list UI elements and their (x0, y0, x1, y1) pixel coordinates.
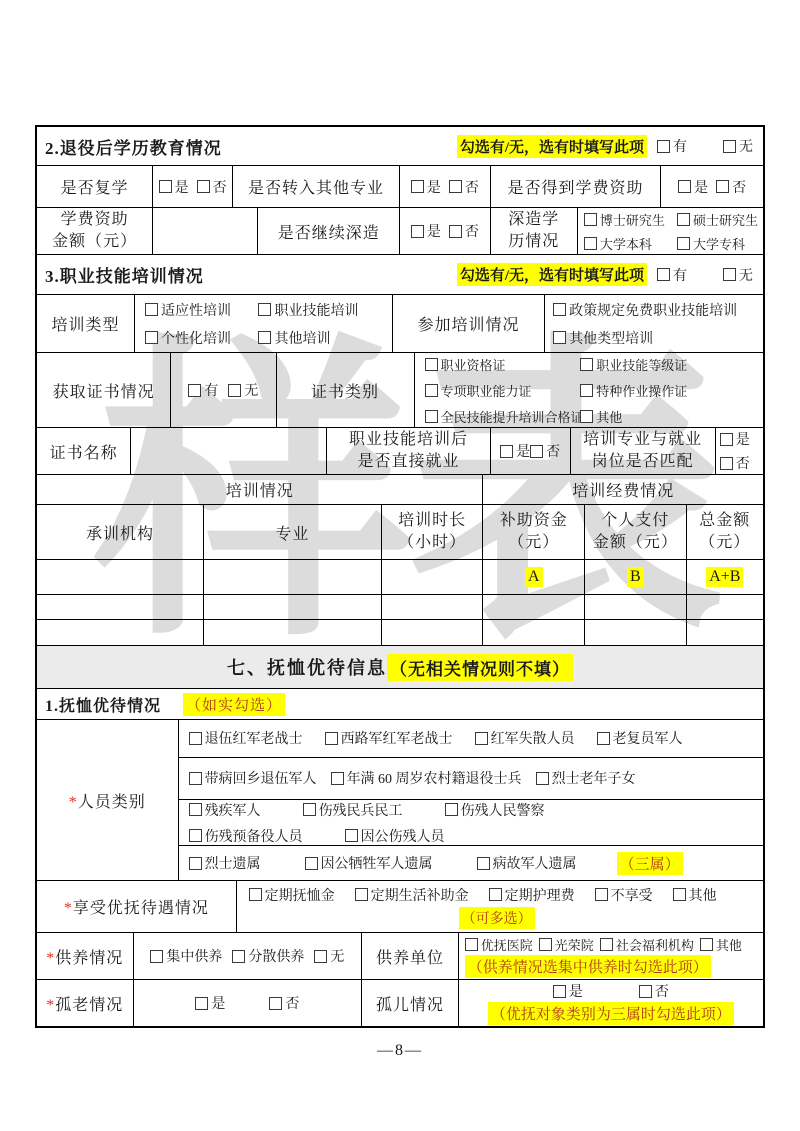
edu-none-option[interactable]: 无 (723, 136, 753, 156)
checkbox-label: 职业资格证 (441, 355, 506, 374)
training-info-header-cell: 培训情况 (37, 475, 483, 504)
checkbox-label: 病故军人遗属 (493, 853, 577, 873)
checkbox-label: 烈士遗属 (205, 853, 261, 873)
further-edu-label-cell: 深造学 历情况 (491, 208, 578, 254)
checkbox-option[interactable]: 烈士遗属 (189, 853, 261, 873)
checkbox-icon[interactable] (720, 433, 733, 446)
checkbox-icon[interactable] (258, 303, 271, 316)
subsidy-input-cell[interactable] (483, 595, 585, 619)
checkbox-label: 伤残预备役人员 (205, 826, 303, 846)
checkbox-icon[interactable] (150, 950, 163, 963)
aid-amount-label-cell: 学费资助 金额（元） (37, 208, 153, 254)
checkbox-option[interactable]: 不享受 (595, 885, 653, 905)
col-duration-cell: 培训时长 （小时） (382, 505, 484, 559)
checkbox-icon[interactable] (539, 938, 552, 951)
resume-school-label: 是否复学 (61, 175, 129, 198)
checkbox-label: 是 (175, 177, 189, 197)
person-category-options-cell: 退伍红军老战士西路军红军老战士红军失散人员老复员军人 带病回乡退伍军人年满 60… (179, 720, 763, 880)
checkbox-icon[interactable] (449, 225, 462, 238)
training-data-row-3 (37, 619, 763, 645)
form-page: 样表 2.退役后学历教育情况 勾选有/无，选有时填写此项 有 无 是否复学 是否… (0, 0, 800, 1131)
checkbox-icon[interactable] (678, 180, 691, 193)
checkbox-label: 博士研究生 (600, 210, 665, 229)
person-group-4-options: 烈士遗属因公牺牲军人遗属病故军人遗属 (189, 853, 577, 873)
checkbox-option[interactable]: 带病回乡退伍军人 (189, 768, 317, 788)
org-input-cell[interactable] (37, 620, 204, 645)
checkbox-icon[interactable] (195, 997, 208, 1010)
checkbox-icon[interactable] (249, 888, 262, 901)
personal-input-cell[interactable] (585, 620, 687, 645)
benefit-row: *享受优抚待遇情况 定期抚恤金定期生活补助金定期护理费不享受其他 （可多选） (37, 880, 763, 932)
checkbox-option[interactable]: 博士研究生 (584, 210, 677, 229)
checkbox-label: 其他培训 (274, 328, 330, 348)
participate-options-cell: 政策规定免费职业技能培训其他类型培训 (545, 295, 763, 352)
checkbox-label: 职业技能等级证 (596, 355, 687, 374)
training-section-note: 勾选有/无，选有时填写此项 (457, 263, 647, 286)
checkbox-icon[interactable] (189, 732, 202, 745)
tuition-aid-label-cell: 是否得到学费资助 (491, 166, 662, 207)
person-group-3a-options: 残疾军人伤残民兵民工伤残人民警察 (189, 800, 763, 820)
checkbox-icon[interactable] (716, 180, 729, 193)
checkbox-option[interactable]: 病故军人遗属 (477, 853, 577, 873)
total-mark-cell[interactable]: A+B (687, 560, 763, 594)
checkbox-option[interactable]: 残疾军人 (189, 800, 261, 820)
checkbox-icon[interactable] (489, 888, 502, 901)
participate-label-cell: 参加培训情况 (393, 295, 545, 352)
checkbox-option[interactable]: 大学本科 (584, 234, 677, 253)
direct-employ-label-line2: 是否直接就业 (358, 451, 460, 473)
col-duration-line1: 培训时长 (398, 510, 466, 532)
personal-input-cell[interactable] (585, 595, 687, 619)
certificate-row: 获取证书情况 有无 证书类别 职业资格证职业技能等级证专项职业能力证特种作业操作… (37, 352, 763, 427)
checkbox-icon[interactable] (677, 237, 690, 250)
checkbox-icon[interactable] (553, 985, 566, 998)
checkbox-label: 烈士老年子女 (552, 768, 636, 788)
checkbox-icon[interactable] (355, 888, 368, 901)
checkbox-label: 集中供养 (166, 946, 222, 966)
checkbox-label: 大学专科 (693, 234, 745, 253)
col-major-cell: 专业 (204, 505, 382, 559)
consolation-section-header: 七、抚恤优待信息（无相关情况则不填） (37, 645, 763, 688)
form-table: 2.退役后学历教育情况 勾选有/无，选有时填写此项 有 无 是否复学 是否 是否… (35, 125, 765, 1028)
checkbox-label: 西路军红军老战士 (341, 728, 453, 748)
cert-type-label: 证书类别 (311, 379, 379, 402)
checkbox-icon[interactable] (269, 997, 282, 1010)
major-match-options: 是否 (720, 429, 750, 473)
checkbox-option[interactable]: 是 (159, 177, 189, 197)
checkbox-icon[interactable] (530, 445, 543, 458)
direct-employ-label-cell: 职业技能培训后 是否直接就业 (327, 428, 490, 474)
edu-have-option[interactable]: 有 (657, 136, 687, 156)
checkbox-option[interactable]: 职业技能等级证 (580, 355, 763, 374)
cert-type-label-cell: 证书类别 (277, 353, 415, 427)
checkbox-option[interactable]: 否 (639, 981, 669, 1001)
edu-row-2: 学费资助 金额（元） 是否继续深造 是否 深造学 历情况 博士研究生硕士研究生大… (37, 207, 763, 254)
checkbox-icon[interactable] (303, 803, 316, 816)
checkbox-icon[interactable] (258, 331, 271, 344)
checkbox-icon[interactable] (465, 938, 478, 951)
checkbox-icon[interactable] (232, 950, 245, 963)
checkbox-option[interactable]: 定期护理费 (489, 885, 575, 905)
checkbox-icon[interactable] (425, 410, 438, 423)
checkbox-option[interactable]: 无 (314, 946, 344, 966)
checkbox-option[interactable]: 伤残预备役人员 (189, 826, 303, 846)
checkbox-label: 否 (213, 177, 227, 197)
checkbox-icon[interactable] (425, 358, 438, 371)
checkbox-icon[interactable] (584, 237, 597, 250)
checkbox-option[interactable]: 是 (500, 441, 530, 461)
participate-options: 政策规定免费职业技能培训其他类型培训 (553, 300, 737, 348)
checkbox-label: 红军失散人员 (491, 728, 575, 748)
checkbox-option[interactable]: 否 (449, 177, 479, 197)
checkbox-label: 其他 (716, 935, 742, 954)
required-asterisk: * (46, 997, 55, 1014)
checkbox-icon[interactable] (411, 180, 424, 193)
checkbox-option[interactable]: 个性化培训 (145, 328, 258, 348)
continue-study-label-cell: 是否继续深造 (258, 208, 400, 254)
checkbox-option[interactable]: 职业资格证 (425, 355, 581, 374)
checkbox-label: 无 (330, 946, 344, 966)
training-have-option[interactable]: 有 (657, 265, 687, 285)
training-data-row-1: A B A+B (37, 559, 763, 594)
training-type-row: 培训类型 适应性培训职业技能培训个性化培训其他培训 参加培训情况 政策规定免费职… (37, 294, 763, 352)
checkbox-option[interactable]: 其他类型培训 (553, 328, 653, 348)
consolation-sub-header: 1.抚恤优待情况 （如实勾选） (37, 688, 763, 719)
checkbox-option[interactable]: 集中供养 (150, 946, 222, 966)
checkbox-option[interactable]: 因公伤残人员 (345, 826, 445, 846)
checkbox-option[interactable]: 年满 60 周岁农村籍退役士兵 (331, 768, 522, 788)
checkbox-option[interactable]: 定期生活补助金 (355, 885, 469, 905)
checkbox-option[interactable]: 特种作业操作证 (580, 381, 763, 400)
person-group-3b-options: 伤残预备役人员因公伤残人员 (189, 826, 763, 846)
checkbox-label: 其他 (596, 407, 622, 426)
checkbox-label: 是 (211, 993, 225, 1013)
tuition-aid-options-cell: 是否 (661, 166, 763, 207)
checkbox-option[interactable]: 伤残民兵民工 (303, 800, 403, 820)
cert-name-label-cell: 证书名称 (37, 428, 131, 474)
cert-type-options: 职业资格证职业技能等级证专项职业能力证特种作业操作证全民技能提升培训合格证其他 (425, 355, 763, 426)
checkbox-icon[interactable] (331, 772, 344, 785)
checkbox-label: 无 (244, 380, 258, 400)
solitary-label-cell: *孤老情况 (37, 980, 134, 1026)
checkbox-option[interactable]: 退伍红军老战士 (189, 728, 303, 748)
person-group-4: 烈士遗属因公牺牲军人遗属病故军人遗属 （三属） (179, 845, 763, 880)
checkbox-icon[interactable] (189, 772, 202, 785)
checkbox-icon[interactable] (657, 140, 670, 153)
checkbox-icon[interactable] (580, 358, 593, 371)
major-match-label-line1: 培训专业与就业 (583, 429, 702, 451)
total-input-cell[interactable] (687, 595, 763, 619)
direct-employ-options-cell: 是否 (491, 428, 571, 474)
checkbox-label: 定期抚恤金 (265, 885, 335, 905)
person-group-1-options: 退伍红军老战士西路军红军老战士红军失散人员老复员军人 (189, 728, 683, 748)
transfer-major-options-cell: 是否 (400, 166, 491, 207)
checkbox-option[interactable]: 无 (228, 380, 258, 400)
participate-label: 参加培训情况 (417, 312, 519, 335)
checkbox-option[interactable]: 有 (188, 380, 218, 400)
checkbox-label: 分散供养 (248, 946, 304, 966)
checkbox-label: 是 (694, 177, 708, 197)
aid-amount-input-cell[interactable] (153, 208, 258, 254)
edu-section-title: 2.退役后学历教育情况 (45, 134, 457, 159)
checkbox-icon[interactable] (595, 888, 608, 901)
checkbox-icon[interactable] (673, 888, 686, 901)
degree-options-cell: 博士研究生硕士研究生大学本科大学专科 (578, 208, 763, 254)
direct-employ-options: 是否 (500, 441, 560, 461)
checkbox-icon[interactable] (677, 213, 690, 226)
benefit-options: 定期抚恤金定期生活补助金定期护理费不享受其他 (249, 885, 717, 905)
checkbox-icon[interactable] (445, 803, 458, 816)
checkbox-option[interactable]: 是 (720, 429, 750, 449)
further-edu-label-line1: 深造学 (508, 209, 559, 231)
checkbox-option[interactable]: 分散供养 (232, 946, 304, 966)
aid-amount-label-line1: 学费资助 (61, 209, 129, 231)
checkbox-option[interactable]: 是 (553, 981, 583, 1001)
checkbox-icon[interactable] (553, 303, 566, 316)
checkbox-icon[interactable] (597, 732, 610, 745)
training-section-header: 3.职业技能培训情况 勾选有/无，选有时填写此项 有 无 (37, 254, 763, 294)
checkbox-label: 全民技能提升培训合格证 (441, 407, 584, 426)
org-input-cell[interactable] (37, 595, 204, 619)
checkbox-label: 其他类型培训 (569, 328, 653, 348)
checkbox-icon[interactable] (475, 732, 488, 745)
checkbox-option[interactable]: 全民技能提升培训合格证 (425, 407, 581, 426)
solitary-label: 孤老情况 (55, 997, 123, 1014)
checkbox-icon[interactable] (145, 331, 158, 344)
col-personal-line1: 个人支付 (601, 510, 669, 532)
checkbox-option[interactable]: 大学专科 (677, 234, 763, 253)
resume-school-label-cell: 是否复学 (37, 166, 153, 207)
checkbox-label: 专项职业能力证 (441, 381, 532, 400)
checkbox-label: 特种作业操作证 (596, 381, 687, 400)
checkbox-label: 优抚医院 (481, 935, 533, 954)
benefit-label-cell: *享受优抚待遇情况 (37, 881, 237, 932)
cert-get-options-cell: 有无 (171, 353, 276, 427)
checkbox-icon[interactable] (228, 384, 241, 397)
major-match-options-cell: 是否 (716, 428, 763, 474)
checkbox-icon[interactable] (189, 857, 202, 870)
checkbox-icon[interactable] (305, 857, 318, 870)
checkbox-option[interactable]: 伤残人民警察 (445, 800, 545, 820)
continue-study-options-cell: 是否 (400, 208, 491, 254)
checkbox-label: 是 (427, 177, 441, 197)
col-duration-line2: （小时） (398, 532, 466, 554)
checkbox-icon[interactable] (580, 410, 593, 423)
checkbox-option[interactable]: 是 (678, 177, 708, 197)
col-total-line2: （元） (699, 532, 750, 554)
person-category-label-cell: *人员类别 (37, 720, 179, 880)
person-category-label: 人员类别 (78, 794, 146, 811)
checkbox-icon[interactable] (411, 225, 424, 238)
org-input-cell[interactable] (37, 560, 204, 594)
col-subsidy-line2: （元） (508, 532, 559, 554)
cert-type-options-cell: 职业资格证职业技能等级证专项职业能力证特种作业操作证全民技能提升培训合格证其他 (415, 353, 763, 427)
orphan-options-cell: 是否 （优抚对象类别为三属时勾选此项） (459, 980, 763, 1026)
checkbox-label: 定期护理费 (505, 885, 575, 905)
checkbox-option[interactable]: 其他 (700, 935, 742, 954)
support-options-cell: 集中供养分散供养无 (134, 933, 363, 979)
checkbox-label: 伤残人民警察 (461, 800, 545, 820)
checkbox-option[interactable]: 否 (716, 177, 746, 197)
solitary-options-cell: 是否 (134, 980, 363, 1026)
support-unit-note: （供养情况选集中供养时勾选此项） (465, 955, 711, 978)
personal-mark-cell[interactable]: B (585, 560, 687, 594)
cert-name-input-cell[interactable] (131, 428, 327, 474)
checkbox-icon[interactable] (188, 384, 201, 397)
col-personal-line2: 金额（元） (593, 532, 678, 554)
total-mark: A+B (706, 567, 743, 587)
checkbox-icon[interactable] (425, 384, 438, 397)
col-subsidy-line1: 补助资金 (500, 510, 568, 532)
checkbox-option[interactable]: 其他培训 (258, 328, 391, 348)
checkbox-label: 否 (736, 453, 750, 473)
required-asterisk: * (64, 900, 73, 917)
benefit-options-cell: 定期抚恤金定期生活补助金定期护理费不享受其他 （可多选） (237, 881, 763, 932)
duration-input-cell[interactable] (382, 595, 484, 619)
cert-get-label: 获取证书情况 (53, 379, 155, 402)
cert-name-label: 证书名称 (50, 440, 118, 463)
checkbox-label: 退伍红军老战士 (205, 728, 303, 748)
checkbox-option[interactable]: 否 (269, 993, 299, 1013)
checkbox-icon[interactable] (197, 180, 210, 193)
checkbox-option[interactable]: 社会福利机构 (600, 935, 694, 954)
checkbox-label: 硕士研究生 (693, 210, 758, 229)
checkbox-label: 否 (465, 177, 479, 197)
checkbox-label: 其他 (689, 885, 717, 905)
edu-have-label: 有 (673, 136, 687, 156)
col-subsidy-cell: 补助资金 （元） (483, 505, 585, 559)
checkbox-option[interactable]: 否 (197, 177, 227, 197)
checkbox-icon[interactable] (159, 180, 172, 193)
checkbox-label: 是 (736, 429, 750, 449)
checkbox-icon[interactable] (325, 732, 338, 745)
checkbox-option[interactable]: 是 (411, 177, 441, 197)
checkbox-option[interactable]: 其他 (580, 407, 763, 426)
checkbox-icon[interactable] (723, 268, 736, 281)
checkbox-icon[interactable] (536, 772, 549, 785)
checkbox-icon[interactable] (477, 857, 490, 870)
checkbox-icon[interactable] (500, 445, 513, 458)
major-input-cell[interactable] (204, 620, 382, 645)
consolation-section-title: 七、抚恤优待信息 (227, 654, 387, 680)
checkbox-option[interactable]: 职业技能培训 (258, 300, 391, 320)
col-personal-cell: 个人支付 金额（元） (585, 505, 687, 559)
checkbox-icon[interactable] (189, 829, 202, 842)
checkbox-label: 职业技能培训 (274, 300, 358, 320)
checkbox-option[interactable]: 烈士老年子女 (536, 768, 636, 788)
checkbox-label: 定期生活补助金 (371, 885, 469, 905)
checkbox-icon[interactable] (449, 180, 462, 193)
tuition-aid-label: 是否得到学费资助 (508, 175, 644, 198)
person-group-2: 带病回乡退伍军人年满 60 周岁农村籍退役士兵烈士老年子女 (179, 757, 763, 800)
checkbox-option[interactable]: 因公牺牲军人遗属 (305, 853, 433, 873)
further-edu-label-line2: 历情况 (508, 231, 559, 253)
checkbox-option[interactable]: 老复员军人 (597, 728, 683, 748)
subsidy-mark-cell[interactable]: A (483, 560, 585, 594)
checkbox-option[interactable]: 其他 (673, 885, 717, 905)
checkbox-option[interactable]: 否 (530, 441, 560, 461)
checkbox-label: 伤残民兵民工 (319, 800, 403, 820)
major-match-label-cell: 培训专业与就业 岗位是否匹配 (571, 428, 716, 474)
col-major-label: 专业 (275, 521, 309, 544)
resume-school-options: 是否 (159, 177, 227, 197)
checkbox-option[interactable]: 光荣院 (539, 935, 594, 954)
duration-input-cell[interactable] (382, 620, 484, 645)
checkbox-option[interactable]: 优抚医院 (465, 935, 533, 954)
checkbox-label: 是 (427, 221, 441, 241)
duration-input-cell[interactable] (382, 560, 484, 594)
multi-select-note: （可多选） (459, 907, 535, 929)
major-input-cell[interactable] (204, 560, 382, 594)
checkbox-icon[interactable] (189, 803, 202, 816)
checkbox-label: 老复员军人 (613, 728, 683, 748)
training-type-label: 培训类型 (51, 312, 119, 335)
checkbox-option[interactable]: 西路军红军老战士 (325, 728, 453, 748)
continue-study-options: 是否 (411, 221, 479, 241)
checkbox-icon[interactable] (580, 384, 593, 397)
checkbox-label: 否 (546, 441, 560, 461)
solitary-options: 是否 (195, 993, 299, 1013)
training-section-title: 3.职业技能培训情况 (45, 262, 457, 287)
checkbox-icon[interactable] (553, 331, 566, 344)
checkbox-option[interactable]: 否 (449, 221, 479, 241)
checkbox-option[interactable]: 硕士研究生 (677, 210, 763, 229)
checkbox-icon[interactable] (723, 140, 736, 153)
checkbox-option[interactable]: 否 (720, 453, 750, 473)
checkbox-label: 适应性培训 (161, 300, 231, 320)
col-total-line1: 总金额 (699, 510, 750, 532)
checkbox-option[interactable]: 定期抚恤金 (249, 885, 335, 905)
checkbox-option[interactable]: 红军失散人员 (475, 728, 575, 748)
checkbox-icon[interactable] (639, 985, 652, 998)
checkbox-label: 因公牺牲军人遗属 (321, 853, 433, 873)
training-fund-header-cell: 培训经费情况 (483, 475, 763, 504)
checkbox-icon[interactable] (345, 829, 358, 842)
edu-section-header: 2.退役后学历教育情况 勾选有/无，选有时填写此项 有 无 (37, 127, 763, 165)
col-org-label: 承训机构 (86, 521, 154, 544)
checkbox-icon[interactable] (700, 938, 713, 951)
checkbox-option[interactable]: 适应性培训 (145, 300, 258, 320)
support-unit-options: 优抚医院光荣院社会福利机构其他 (465, 935, 742, 954)
checkbox-label: 不享受 (611, 885, 653, 905)
solitary-row: *孤老情况 是否 孤儿情况 是否 （优抚对象类别为三属时勾选此项） (37, 979, 763, 1026)
checkbox-option[interactable]: 是 (195, 993, 225, 1013)
subsidy-input-cell[interactable] (483, 620, 585, 645)
edu-row-1: 是否复学 是否 是否转入其他专业 是否 是否得到学费资助 是否 (37, 165, 763, 207)
person-group-3: 残疾军人伤残民兵民工伤残人民警察 伤残预备役人员因公伤残人员 (179, 799, 763, 845)
checkbox-icon[interactable] (584, 213, 597, 226)
person-category-block: *人员类别 退伍红军老战士西路军红军老战士红军失散人员老复员军人 带病回乡退伍军… (37, 719, 763, 880)
cert-name-row: 证书名称 职业技能培训后 是否直接就业 是否 培训专业与就业 岗位是否匹配 是否 (37, 427, 763, 474)
checkbox-option[interactable]: 政策规定免费职业技能培训 (553, 300, 737, 320)
total-input-cell[interactable] (687, 620, 763, 645)
major-match-label-line2: 岗位是否匹配 (592, 451, 694, 473)
training-subheader-row: 培训情况 培训经费情况 (37, 474, 763, 504)
checkbox-option[interactable]: 专项职业能力证 (425, 381, 581, 400)
checkbox-icon[interactable] (314, 950, 327, 963)
checkbox-option[interactable]: 是 (411, 221, 441, 241)
checkbox-icon[interactable] (657, 268, 670, 281)
person-group-1: 退伍红军老战士西路军红军老战士红军失散人员老复员军人 (179, 720, 763, 757)
required-asterisk: * (69, 794, 78, 811)
checkbox-icon[interactable] (600, 938, 613, 951)
checkbox-icon[interactable] (145, 303, 158, 316)
major-input-cell[interactable] (204, 595, 382, 619)
checkbox-icon[interactable] (720, 457, 733, 470)
training-none-option[interactable]: 无 (723, 265, 753, 285)
checkbox-label: 光荣院 (555, 935, 594, 954)
checkbox-label: 是 (569, 981, 583, 1001)
